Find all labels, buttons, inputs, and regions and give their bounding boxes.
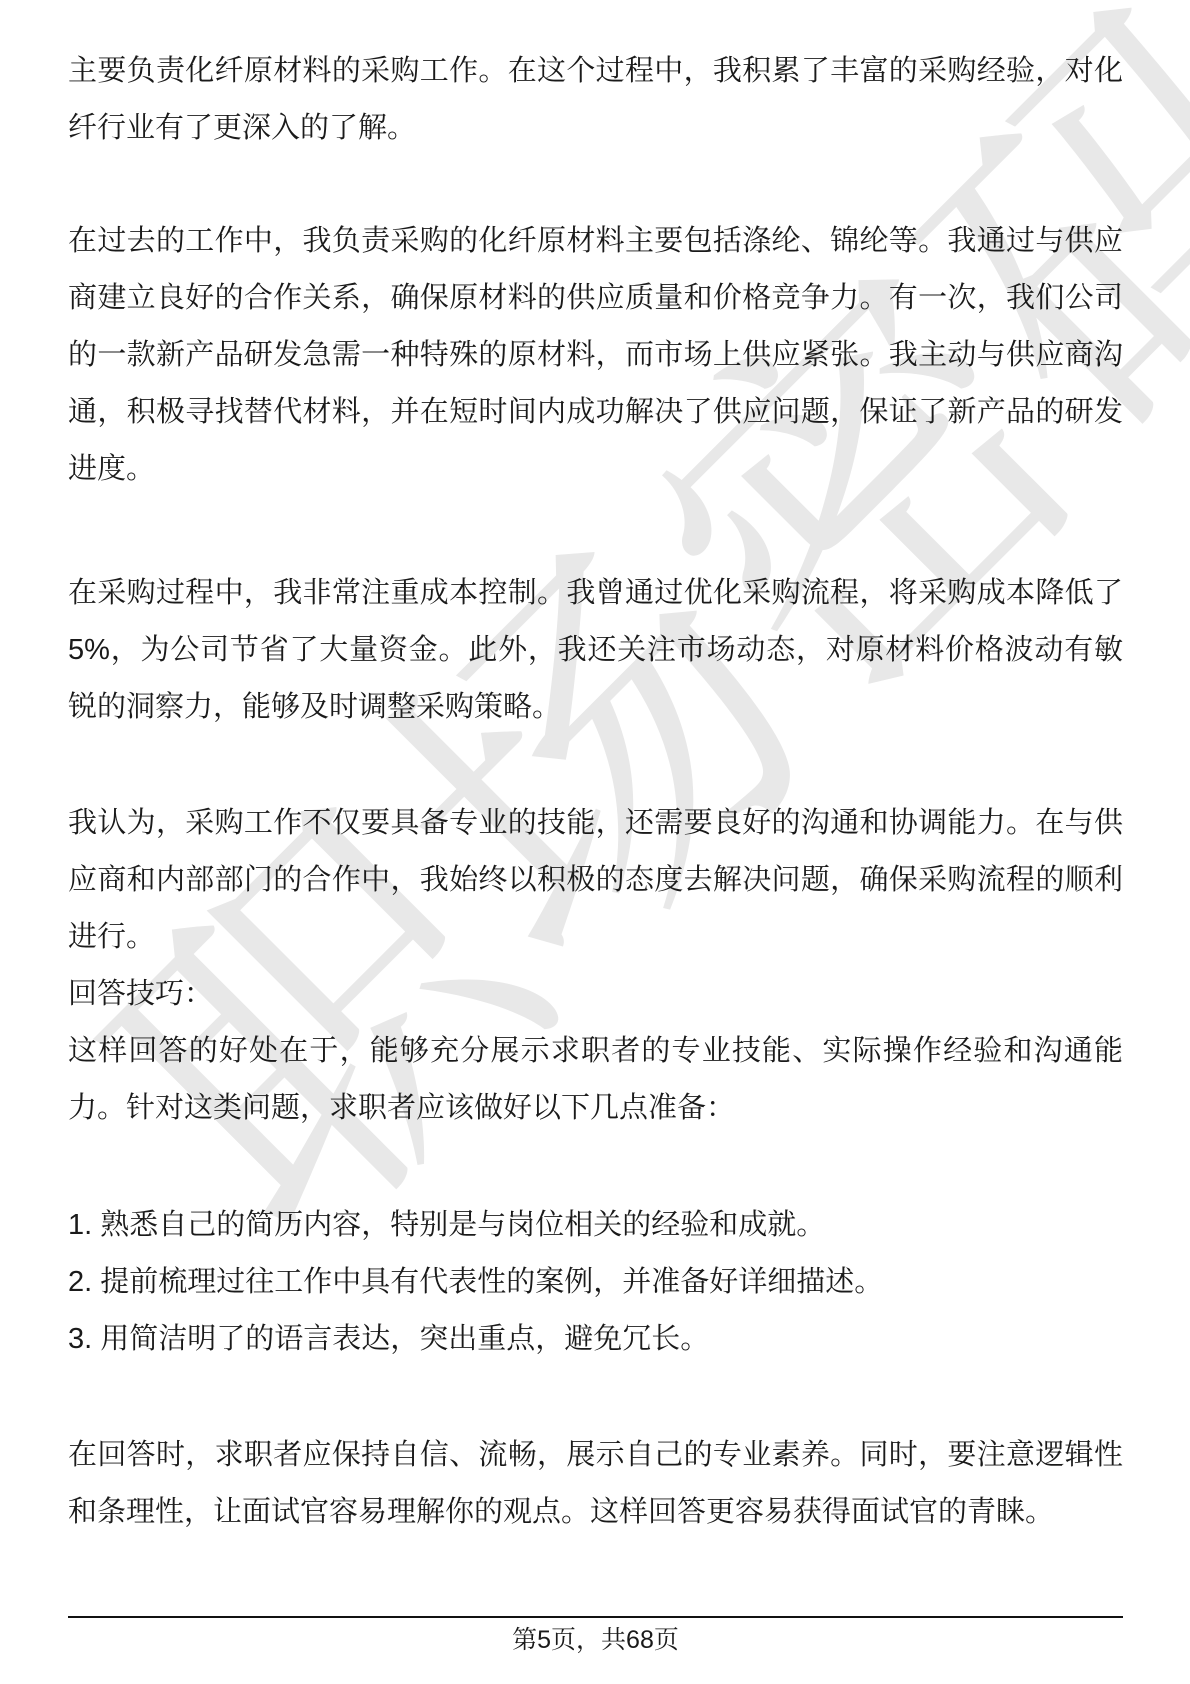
tips-list: 1. 熟悉自己的简历内容，特别是与岗位相关的经验和成就。 2. 提前梳理过往工作… — [68, 1197, 1123, 1368]
tips-intro-paragraph: 这样回答的好处在于，能够充分展示求职者的专业技能、实际操作经验和沟通能力。针对这… — [68, 1023, 1123, 1137]
paragraph: 在过去的工作中，我负责采购的化纤原材料主要包括涤纶、锦纶等。我通过与供应商建立良… — [68, 213, 1123, 498]
footer-divider: 第5页，共68页 — [68, 1616, 1123, 1655]
tips-heading: 回答技巧： — [68, 966, 1123, 1023]
paragraph: 在采购过程中，我非常注重成本控制。我曾通过优化采购流程，将采购成本降低了5%，为… — [68, 565, 1123, 736]
paragraph: 我认为，采购工作不仅要具备专业的技能，还需要良好的沟通和协调能力。在与供应商和内… — [68, 795, 1123, 966]
list-item: 1. 熟悉自己的简历内容，特别是与岗位相关的经验和成就。 — [68, 1197, 1123, 1254]
page-body: 主要负责化纤原材料的采购工作。在这个过程中，我积累了丰富的采购经验，对化纤行业有… — [0, 0, 1190, 1541]
list-item: 2. 提前梳理过往工作中具有代表性的案例，并准备好详细描述。 — [68, 1254, 1123, 1311]
document-page: 职场密码出品 主要负责化纤原材料的采购工作。在这个过程中，我积累了丰富的采购经验… — [0, 0, 1190, 1684]
paragraph: 主要负责化纤原材料的采购工作。在这个过程中，我积累了丰富的采购经验，对化纤行业有… — [68, 43, 1123, 157]
page-number-label: 第5页，共68页 — [68, 1625, 1123, 1655]
list-item: 3. 用简洁明了的语言表达，突出重点，避免冗长。 — [68, 1311, 1123, 1368]
closing-paragraph: 在回答时，求职者应保持自信、流畅，展示自己的专业素养。同时，要注意逻辑性和条理性… — [68, 1427, 1123, 1541]
